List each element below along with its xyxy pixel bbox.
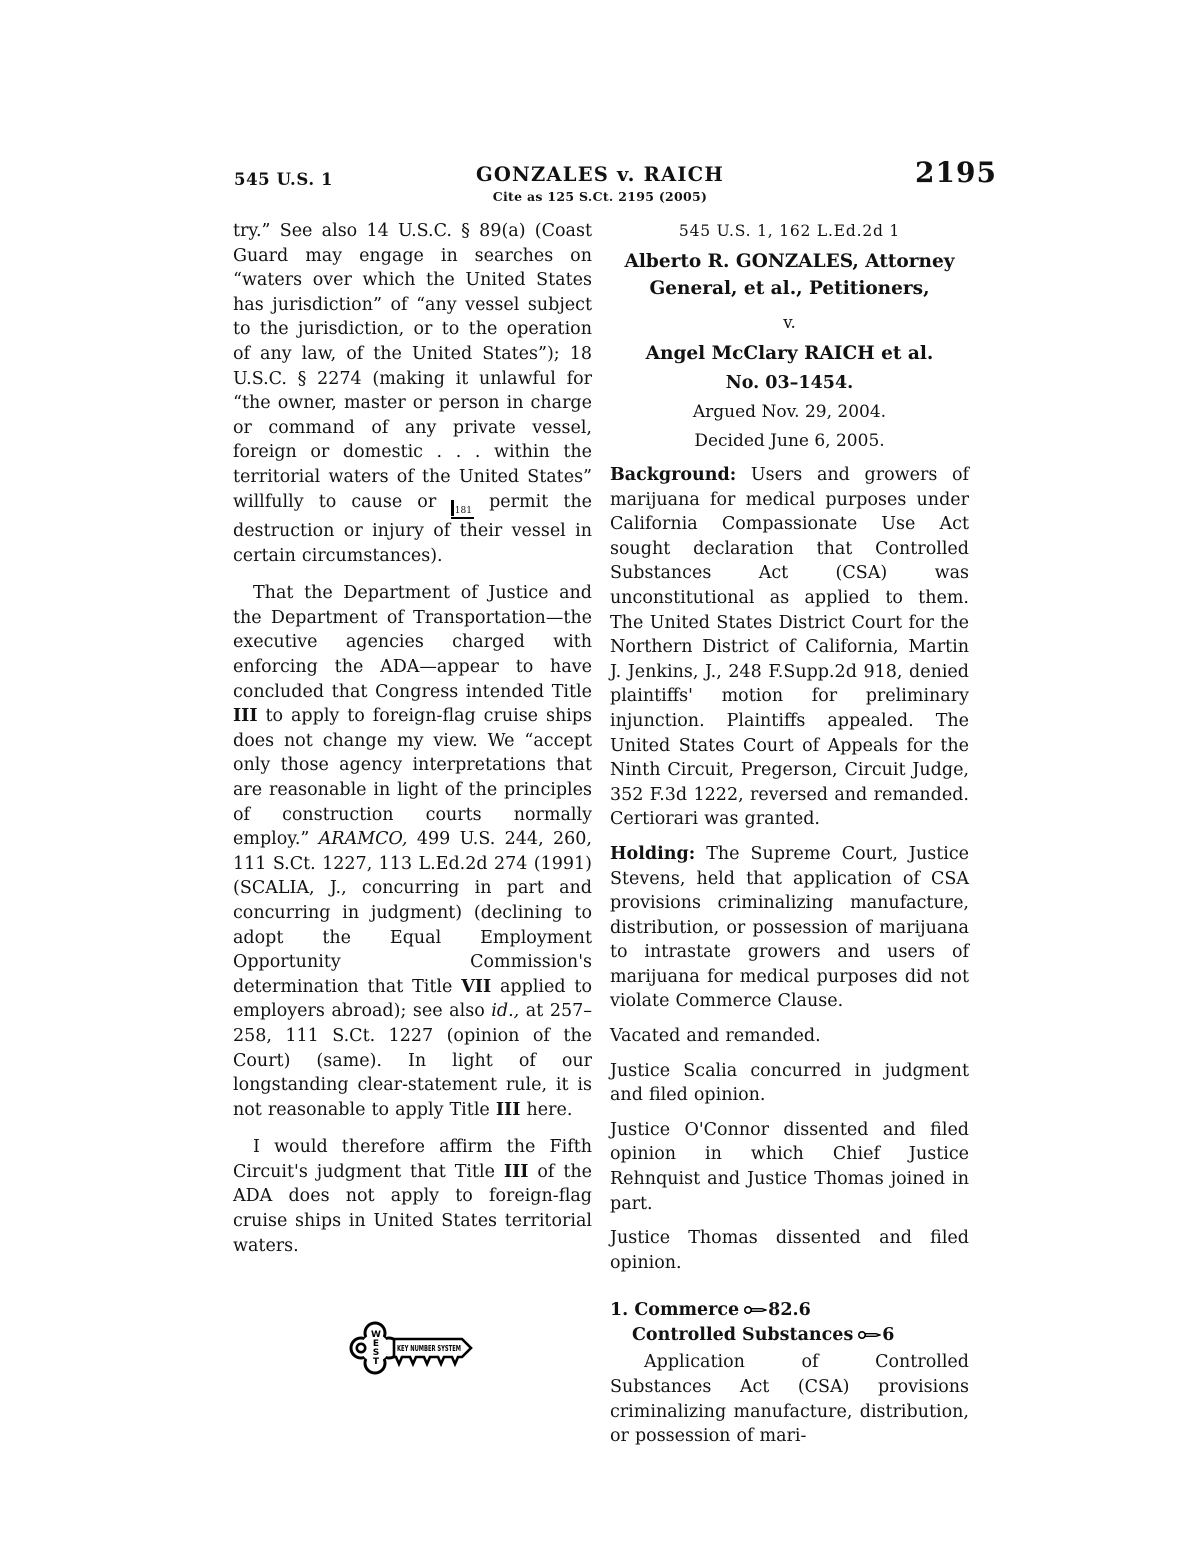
reporter-page: 545 U.S. 1 GONZALES v. RAICH Cite as 125… <box>0 0 1200 1553</box>
syllabus-scalia-note: Justice Scalia concurred in judgment and… <box>610 1059 969 1108</box>
decided-date: Decided June 6, 2005. <box>610 431 969 451</box>
logo-blade-text: KEY NUMBER SYSTEM <box>397 1344 461 1353</box>
west-key-icon <box>743 1304 767 1316</box>
opinion-paragraph: That the Department of Justice and the D… <box>233 581 592 1122</box>
headnote-body: Application of Controlled Substances Act… <box>610 1350 969 1448</box>
parallel-citation: 545 U.S. 1, 162 L.Ed.2d 1 <box>610 222 969 240</box>
syllabus-thomas-note: Justice Thomas dissented and filed opini… <box>610 1226 969 1275</box>
key-bow-hole <box>357 1344 365 1352</box>
opinion-paragraph: try.” See also 14 U.S.C. § 89(a) (Coast … <box>233 219 592 568</box>
petitioners-line: Alberto R. GONZALES, Attorney General, e… <box>610 248 969 302</box>
west-key-number-system-logo-svg: W E S T KEY NUMBER SYSTEM <box>349 1320 476 1378</box>
respondents-line: Angel McClary RAICH et al. <box>610 340 969 367</box>
docket-number: No. 03–1454. <box>610 373 969 393</box>
headnote-key-number: 82.6 <box>768 1300 811 1320</box>
header-page-number: 2195 <box>915 156 997 189</box>
left-column: try.” See also 14 U.S.C. § 89(a) (Coast … <box>233 219 592 1382</box>
argued-date: Argued Nov. 29, 2004. <box>610 402 969 422</box>
header-reporter-cite: Cite as 125 S.Ct. 2195 (2005) <box>0 189 1200 204</box>
syllabus-background: Background: Users and growers of marijua… <box>610 463 969 832</box>
syllabus-oconnor-note: Justice O'Connor dissented and filed opi… <box>610 1118 969 1216</box>
opinion-paragraph: I would therefore affirm the Fifth Circu… <box>233 1135 592 1258</box>
headnote-number: 1. <box>610 1300 628 1320</box>
headnote-subtopic-key-number: 6 <box>882 1325 894 1345</box>
page-break-marker: 181 <box>451 499 474 520</box>
headnote-topic-line: 1. Commerce82.6 <box>610 1300 969 1320</box>
west-key-icon <box>857 1329 881 1341</box>
header-center: GONZALES v. RAICH Cite as 125 S.Ct. 2195… <box>0 163 1200 204</box>
headnote-subtopic-line: Controlled Substances6 <box>610 1325 969 1345</box>
logo-bow-letter: T <box>373 1357 380 1367</box>
syllabus-holding: Holding: The Supreme Court, Justice Stev… <box>610 842 969 1014</box>
syllabus-disposition: Vacated and remanded. <box>610 1024 969 1049</box>
right-column: 545 U.S. 1, 162 L.Ed.2d 1 Alberto R. GON… <box>610 222 969 1449</box>
headnote-subtopic: Controlled Substances <box>632 1325 853 1345</box>
header-case-title: GONZALES v. RAICH <box>0 163 1200 186</box>
versus-line: v. <box>610 313 969 332</box>
headnote-topic: Commerce <box>634 1300 739 1320</box>
west-key-number-system-logo: W E S T KEY NUMBER SYSTEM <box>233 1320 592 1382</box>
headnote-1: 1. Commerce82.6 Controlled Substances6 A… <box>610 1300 969 1448</box>
